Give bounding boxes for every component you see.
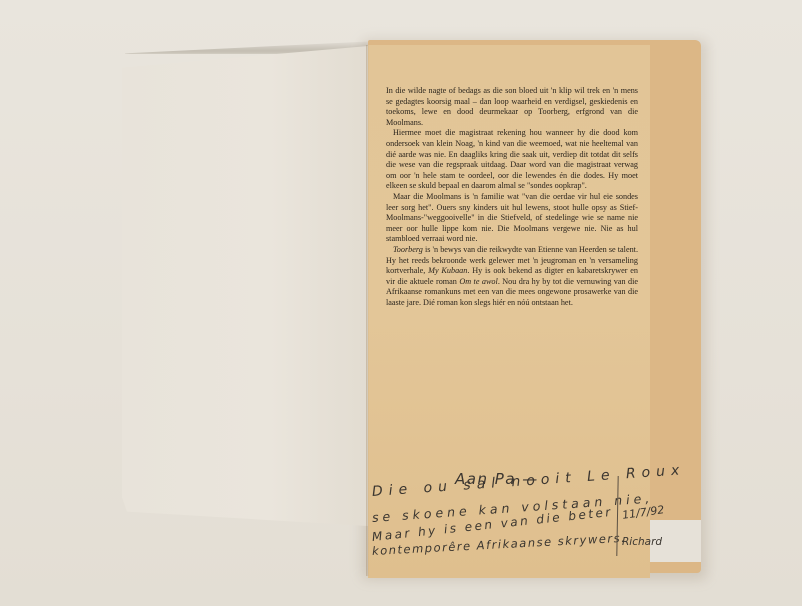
book-title: Om te awol (459, 277, 498, 286)
blurb-paragraph: Maar die Moolmans is 'n familie wat "van… (386, 192, 638, 245)
blurb-paragraph: Toorberg is 'n bewys van die reikwydte v… (386, 245, 638, 309)
blurb-text: In die wilde nagte of bedags as die son … (386, 86, 638, 308)
blank-left-page (122, 46, 368, 526)
book-spine-gutter (366, 45, 369, 576)
blurb-paragraph: In die wilde nagte of bedags as die son … (386, 86, 638, 128)
book-title: My Kubaan (428, 266, 467, 275)
book-title: Toorberg (393, 245, 423, 254)
inscription-signature: Richard (622, 536, 662, 548)
blurb-paragraph: Hiermee moet die magistraat rekening hou… (386, 128, 638, 192)
